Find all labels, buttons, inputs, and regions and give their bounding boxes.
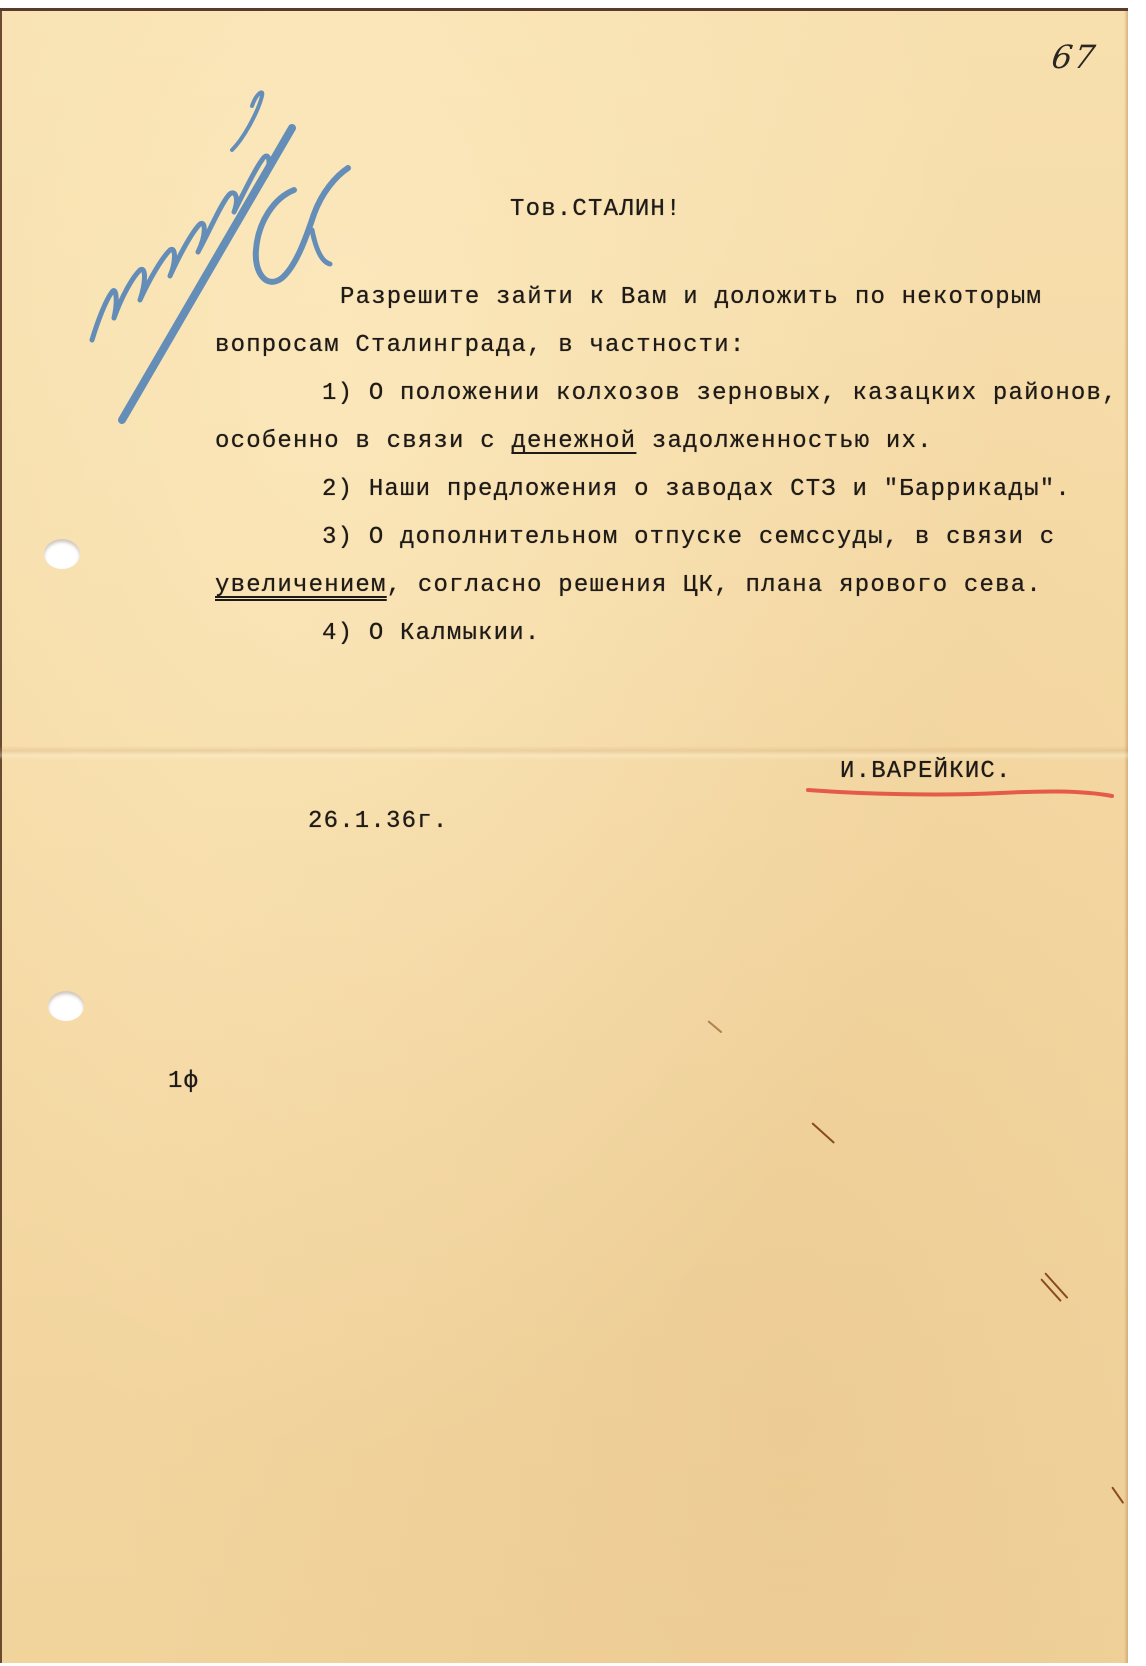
date: 26.1.36г. [308,808,448,835]
list-item-text: О положении колхозов зерновых, казацких … [369,380,1118,407]
list-item-text: О дополнительном отпуске семссуды, в свя… [369,524,1056,551]
list-item-number: 1) [322,380,353,407]
underlined-word-uvelicheniem: увеличением [215,572,387,599]
list-item-2: 2) Наши предложения о заводах СТЗ и "Бар… [322,476,1071,503]
list-item-number: 4) [322,620,353,647]
list-item-number: 3) [322,524,353,551]
list-item-3-continuation: увеличением, согласно решения ЦК, плана … [215,572,1042,599]
list-item-text: О Калмыкии. [369,620,541,647]
list-item-1: 1) О положении колхозов зерновых, казацк… [322,380,1118,407]
signature: И.ВАРЕЙКИС. [840,758,1012,785]
body-line-1: Разрешите зайти к Вам и доложить по неко… [340,284,1042,311]
list-item-text: Наши предложения о заводах СТЗ и "Баррик… [369,476,1071,503]
text-segment: особенно в связи с [215,428,511,455]
body-line-2: вопросам Сталинграда, в частности: [215,332,745,359]
list-item-3: 3) О дополнительном отпуске семссуды, в … [322,524,1055,551]
paper-edge [1124,11,1128,1663]
document-page [0,8,1128,1663]
footer-mark: 1ф [168,1068,199,1095]
list-item-4: 4) О Калмыкии. [322,620,540,647]
punch-hole-top [44,539,80,569]
salutation: Тов.СТАЛИН! [510,196,682,223]
list-item-1-continuation: особенно в связи с денежной задолженност… [215,428,933,455]
list-item-number: 2) [322,476,353,503]
punch-hole-bottom [48,991,84,1021]
text-segment: задолженностью их. [636,428,932,455]
underlined-word-denezhnoi: денежной [511,428,636,455]
page-number: 67 [1049,38,1099,76]
text-segment: , согласно решения ЦК, плана ярового сев… [387,572,1042,599]
